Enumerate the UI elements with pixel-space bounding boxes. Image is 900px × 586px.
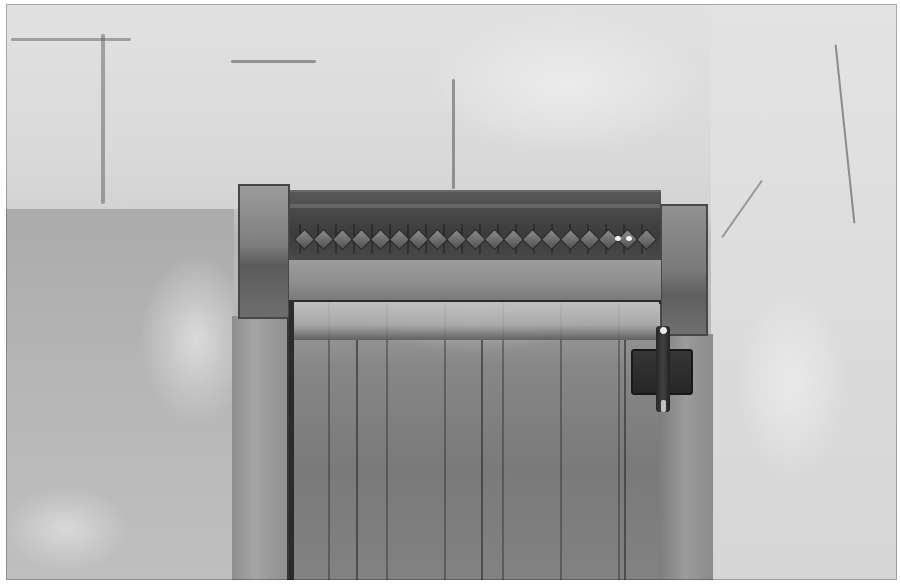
lintel-end-block-left <box>238 184 290 319</box>
plaster-wall-lower-left <box>6 209 234 580</box>
plaster-wall-right <box>711 4 897 580</box>
lintel-end-block-right <box>660 204 708 336</box>
wall-mark-vertical <box>101 34 105 204</box>
carved-lintel <box>289 190 661 265</box>
wall-crack-center <box>452 79 455 189</box>
wooden-door-leaf[interactable] <box>289 302 659 580</box>
door-frame-left-post <box>232 316 290 580</box>
wall-mark-horizontal <box>11 38 131 41</box>
wall-mark-streak <box>231 60 316 63</box>
plaster-speck <box>626 236 632 241</box>
lintel-crossbar <box>289 260 661 304</box>
lintel-molding <box>289 204 661 208</box>
door-top-rail <box>294 302 659 340</box>
plaster-speck <box>615 236 621 241</box>
door-plank-seam <box>624 340 626 580</box>
latch-knob-icon <box>660 327 667 334</box>
door-plank-seam <box>481 340 483 580</box>
door-plank-seam <box>356 340 358 580</box>
photograph <box>6 4 897 580</box>
latch-pin <box>661 400 666 412</box>
